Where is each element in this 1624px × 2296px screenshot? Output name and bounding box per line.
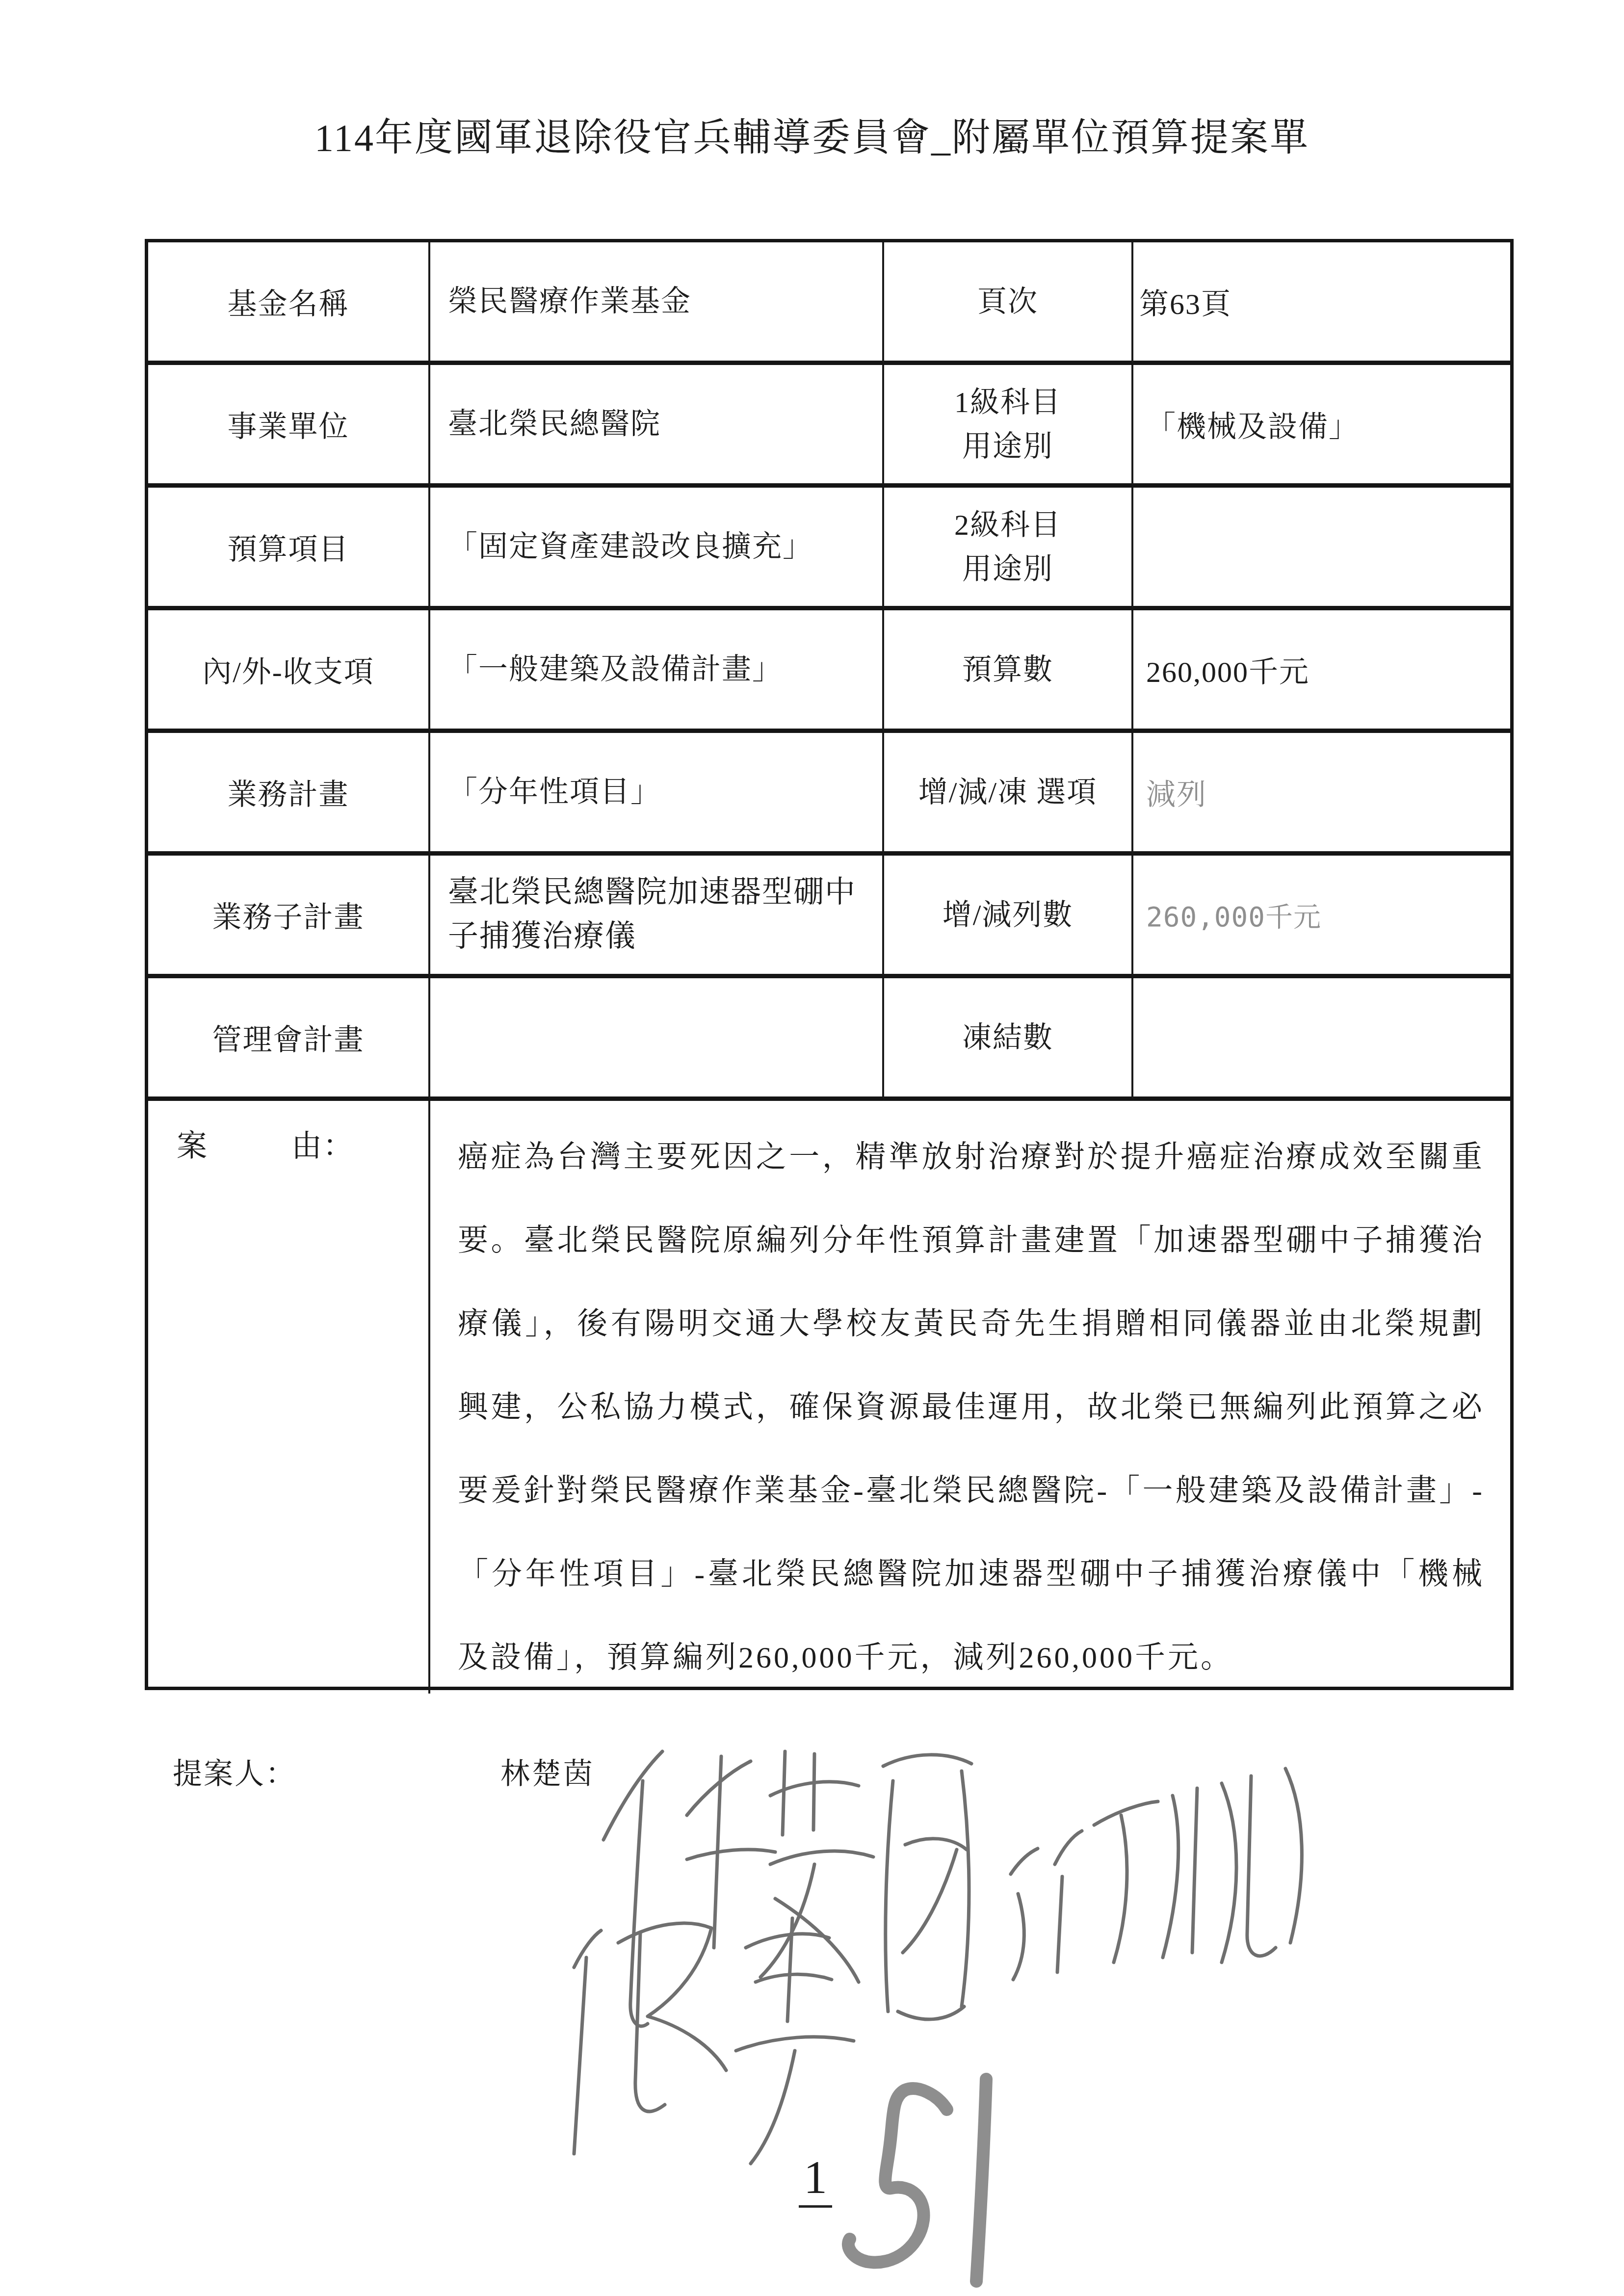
handwritten-digit-5 bbox=[848, 2088, 947, 2262]
business-subplan-value: 臺北榮民總醫院加速器型硼中子捕獲治療儀 bbox=[430, 856, 884, 978]
row-label-business-subplan: 業務子計畫 bbox=[148, 856, 430, 978]
handwritten-digit-1 bbox=[976, 2079, 986, 2281]
budget-amount-value: 260,000千元 bbox=[1133, 610, 1510, 733]
scanned-budget-proposal-form: 114年度國軍退除役官兵輔導委員會_附屬單位預算提案單 基金名稱 榮民醫療作業基… bbox=[0, 0, 1624, 2296]
page-title: 114年度國軍退除役官兵輔導委員會_附屬單位預算提案單 bbox=[0, 107, 1624, 162]
page-no-value: 第63頁 bbox=[1133, 242, 1510, 365]
row-label-management-plan: 管理會計畫 bbox=[148, 978, 430, 1101]
row-label-fund-name: 基金名稱 bbox=[148, 242, 430, 365]
management-plan-value bbox=[430, 978, 884, 1101]
level2-subject-value bbox=[1133, 488, 1510, 610]
handwritten-number-51: 51 bbox=[824, 2070, 1021, 2296]
field-adjust-option: 增/減/凍 選項 bbox=[884, 733, 1133, 856]
field-frozen-amount: 凍結數 bbox=[884, 978, 1133, 1101]
in-out-item-value: 「一般建築及設備計畫」 bbox=[430, 610, 884, 733]
row-label-business-unit: 事業單位 bbox=[148, 365, 430, 488]
field-level1-subject: 1級科目 用途別 bbox=[884, 365, 1133, 488]
row-label-budget-item: 預算項目 bbox=[148, 488, 430, 610]
business-plan-value: 「分年性項目」 bbox=[430, 733, 884, 856]
reduction-amount-value: 260,000千元 bbox=[1133, 856, 1510, 978]
case-reason-text: 癌症為台灣主要死因之一，精準放射治療對於提升癌症治療成效至關重要。臺北榮民醫院原… bbox=[430, 1101, 1510, 1694]
row-label-in-out-item: 內/外-收支項 bbox=[148, 610, 430, 733]
fund-name-value: 榮民醫療作業基金 bbox=[430, 242, 884, 365]
budget-item-value: 「固定資產建設改良擴充」 bbox=[430, 488, 884, 610]
level1-subject-value: 「機械及設備」 bbox=[1133, 365, 1510, 488]
case-reason-label: 案 由： bbox=[148, 1101, 430, 1694]
field-budget-amount: 預算數 bbox=[884, 610, 1133, 733]
field-reduction-amount: 增/減列數 bbox=[884, 856, 1133, 978]
case-label-right: 由： bbox=[291, 1122, 354, 1165]
proposer-label: 提案人： bbox=[173, 1750, 296, 1793]
row-label-business-plan: 業務計畫 bbox=[148, 733, 430, 856]
adjust-option-value: 減列 bbox=[1133, 733, 1510, 856]
frozen-amount-value bbox=[1133, 978, 1510, 1101]
field-level2-subject: 2級科目 用途別 bbox=[884, 488, 1133, 610]
handwritten-signature-2 bbox=[574, 1918, 854, 2164]
case-label-left: 案 bbox=[177, 1122, 208, 1165]
handwritten-signature-3 bbox=[1011, 1769, 1302, 1980]
handwritten-signature-1 bbox=[603, 1751, 971, 2026]
business-unit-value: 臺北榮民總醫院 bbox=[430, 365, 884, 488]
field-page-no: 頁次 bbox=[884, 242, 1133, 365]
budget-table: 基金名稱 榮民醫療作業基金 頁次 第63頁 事業單位 臺北榮民總醫院 1級科目 … bbox=[145, 239, 1514, 1690]
